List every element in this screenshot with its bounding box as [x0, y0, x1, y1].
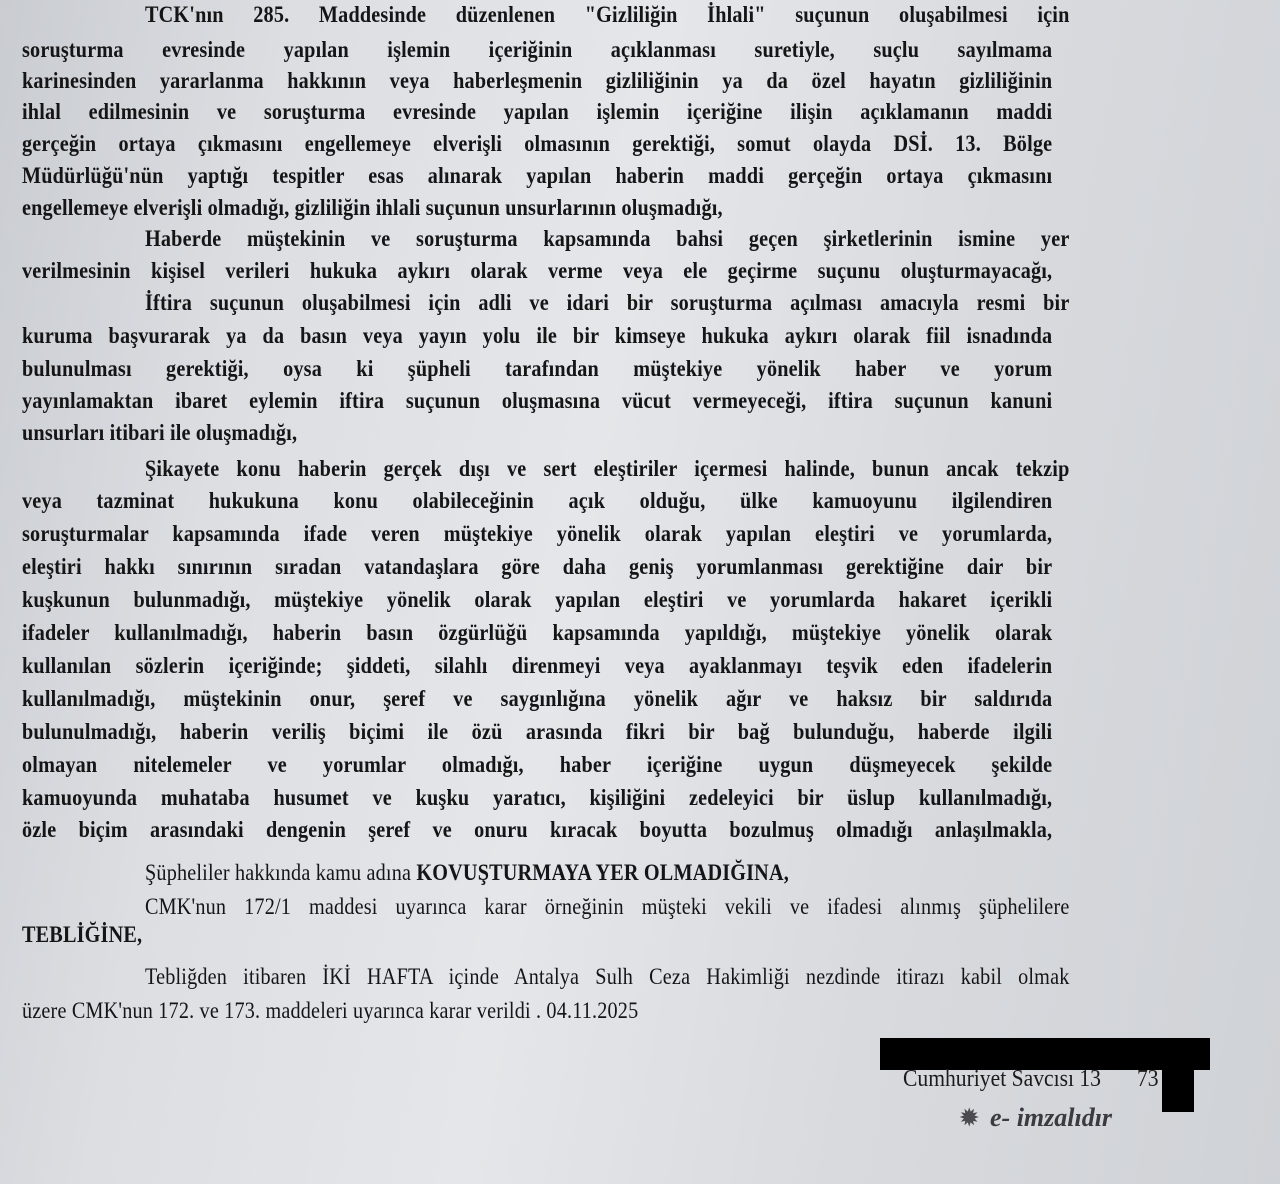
paragraph-1-line-4: ihlal edilmesinin ve soruşturma evresind…: [22, 97, 1052, 127]
paragraph-3-line-3: bulunulması gerektiği, oysa ki şüpheli t…: [22, 354, 1052, 384]
paragraph-1-line-5: gerçeğin ortaya çıkmasını engellemeye el…: [22, 129, 1052, 159]
paragraph-3-line-2: kuruma başvurarak ya da basın veya yayın…: [22, 321, 1052, 351]
paragraph-4-line-3: soruşturmalar kapsamında ifade veren müş…: [22, 519, 1052, 549]
redaction-bar-vertical: [1162, 1068, 1194, 1112]
paragraph-1-line-2: soruşturma evresinde yapılan işlemin içe…: [22, 35, 1052, 65]
e-signature-label: e- imzalıdır: [990, 1103, 1112, 1133]
decision-line-1: Şüpheliler hakkında kamu adına KOVUŞTURM…: [145, 858, 1070, 888]
paragraph-1-line-6: Müdürlüğü'nün yaptığı tespitler esas alı…: [22, 161, 1052, 191]
paragraph-4-line-12: özle biçim arasındaki dengenin şeref ve …: [22, 815, 1052, 845]
paragraph-4-line-5: kuşkunun bulunmadığı, müştekiye yönelik …: [22, 585, 1052, 615]
decision-line-5: üzere CMK'nun 172. ve 173. maddeleri uya…: [22, 996, 1052, 1026]
paragraph-4-line-9: bulunulmadığı, haberin veriliş biçimi il…: [22, 717, 1052, 747]
decision-no-prosecution: KOVUŞTURMAYA YER OLMADIĞINA,: [416, 860, 789, 886]
paragraph-2-line-1: Haberde müştekinin ve soruşturma kapsamı…: [145, 224, 1070, 254]
paragraph-3-line-1: İftira suçunun oluşabilmesi için adli ve…: [145, 288, 1070, 318]
decision-prefix: Şüpheliler hakkında kamu adına: [145, 860, 416, 886]
paragraph-3-line-4: yayınlamaktan ibaret eylemin iftira suçu…: [22, 386, 1052, 416]
paragraph-4-line-10: olmayan nitelemeler ve yorumlar olmadığı…: [22, 750, 1052, 780]
prosecutor-title: Cumhuriyet Savcısı 13: [903, 1066, 1101, 1092]
paragraph-4-line-6: ifadeler kullanılmadığı, haberin basın ö…: [22, 618, 1052, 648]
paragraph-1-line-1: TCK'nın 285. Maddesinde düzenlenen "Gizl…: [145, 0, 1070, 30]
paragraph-2-line-2: verilmesinin kişisel verileri hukuka ayk…: [22, 256, 1052, 286]
paragraph-1-line-3: karinesinden yararlanma hakkının veya ha…: [22, 66, 1052, 96]
decision-notification: TEBLİĞİNE,: [22, 920, 1052, 950]
paragraph-4-line-7: kullanılan sözlerin içeriğinde; şiddeti,…: [22, 651, 1052, 681]
paragraph-4-line-2: veya tazminat hukukuna konu olabileceğin…: [22, 486, 1052, 516]
paragraph-4-line-8: kullanılmadığı, müştekinin onur, şeref v…: [22, 684, 1052, 714]
paragraph-4-line-1: Şikayete konu haberin gerçek dışı ve ser…: [145, 454, 1070, 484]
e-signature: ✹ e- imzalıdır: [960, 1103, 1112, 1133]
decision-line-4: Tebliğden itibaren İKİ HAFTA içinde Anta…: [145, 962, 1070, 992]
signature-title: Cumhuriyet Savcısı 1373: [903, 1066, 1159, 1093]
paragraph-4-line-4: eleştiri hakkı sınırının sıradan vatanda…: [22, 552, 1052, 582]
document-page: TCK'nın 285. Maddesinde düzenlenen "Gizl…: [0, 0, 1280, 1184]
paragraph-3-line-5: unsurları itibari ile oluşmadığı,: [22, 418, 1052, 448]
decision-line-2: CMK'nun 172/1 maddesi uyarınca karar örn…: [145, 892, 1070, 922]
paragraph-1-line-7: engellemeye elverişli olmadığı, gizliliğ…: [22, 193, 1052, 223]
prosecutor-id-suffix: 73: [1137, 1066, 1159, 1092]
seal-icon: ✹: [960, 1106, 982, 1130]
paragraph-4-line-11: kamuoyunda muhataba husumet ve kuşku yar…: [22, 783, 1052, 813]
